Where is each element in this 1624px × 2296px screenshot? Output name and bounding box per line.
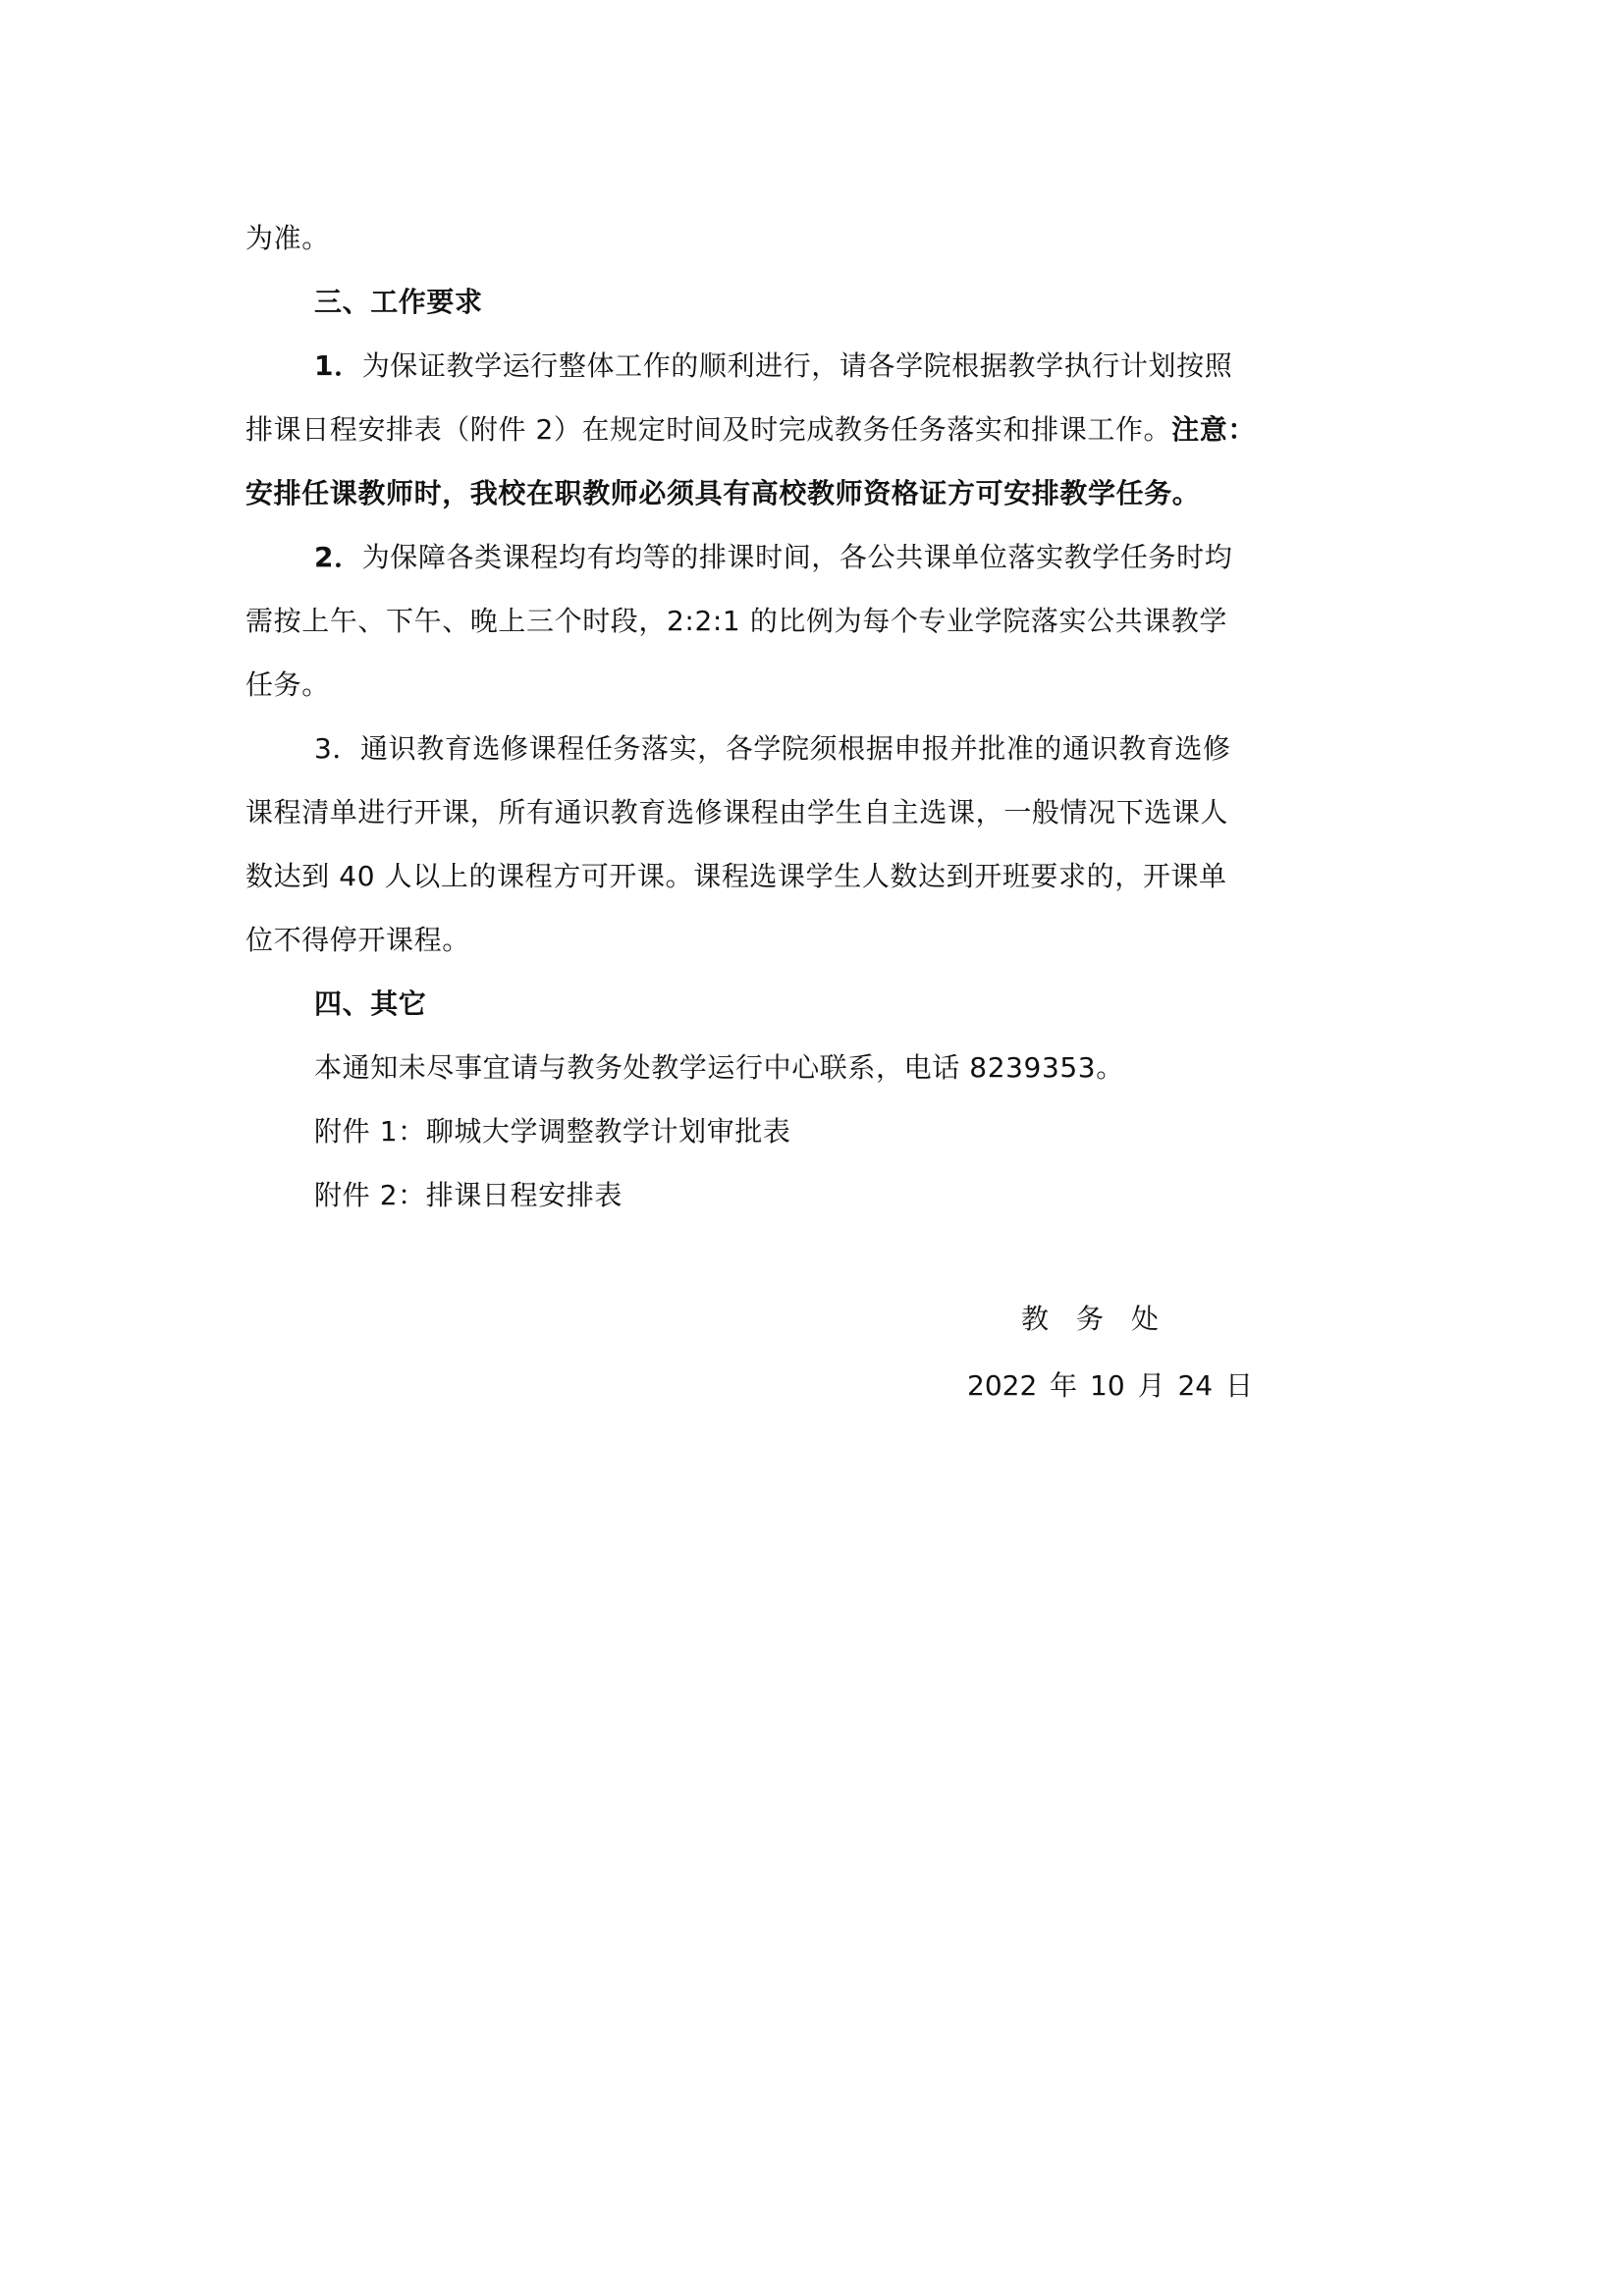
item-text: 排课日程安排表（附件 2）在规定时间及时完成教务任务落实和排课工作。 (245, 413, 1171, 446)
contact-info: 本通知未尽事宜请与教务处教学运行中心联系，电话 8239353。 (245, 1036, 1384, 1099)
item-text: 数达到 40 人以上的课程方可开课。课程选课学生人数达到开班要求的，开课单 (245, 844, 1384, 908)
item-number: 1． (314, 349, 362, 382)
requirement-item-3: 3．通识教育选修课程任务落实，各学院须根据申报并批准的通识教育选修 课程清单进行… (245, 717, 1384, 972)
item-number: 3． (314, 732, 360, 765)
notice-label: 注意： (1171, 413, 1256, 446)
requirement-item-1: 1．为保证教学运行整体工作的顺利进行，请各学院根据教学执行计划按照 排课日程安排… (245, 334, 1384, 525)
item-number: 2． (314, 541, 362, 573)
item-text: 位不得停开课程。 (245, 908, 1384, 972)
item-text: 任务。 (245, 653, 1384, 717)
item-text: 通识教育选修课程任务落实，各学院须根据申报并批准的通识教育选修 (360, 732, 1231, 765)
item-text: 为保障各类课程均有均等的排课时间，各公共课单位落实教学任务时均 (362, 541, 1233, 573)
attachment-1: 附件 1：聊城大学调整教学计划审批表 (245, 1099, 1384, 1163)
item-text: 需按上午、下午、晚上三个时段，2:2:1 的比例为每个专业学院落实公共课教学 (245, 589, 1384, 653)
item-text: 课程清单进行开课，所有通识教育选修课程由学生自主选课，一般情况下选课人 (245, 780, 1384, 844)
requirement-item-2: 2．为保障各类课程均有均等的排课时间，各公共课单位落实教学任务时均 需按上午、下… (245, 525, 1384, 717)
section-3-heading: 三、工作要求 (245, 270, 1384, 334)
signature-date: 2022 年 10 月 24 日 (967, 1364, 1253, 1404)
section-4-heading: 四、其它 (245, 972, 1384, 1036)
continuation-text: 为准。 (245, 206, 1384, 270)
item-text: 为保证教学运行整体工作的顺利进行，请各学院根据教学执行计划按照 (362, 349, 1233, 382)
signature-org: 教务处 (1021, 1298, 1186, 1337)
document-body: 为准。 三、工作要求 1．为保证教学运行整体工作的顺利进行，请各学院根据教学执行… (245, 206, 1384, 1227)
attachment-2: 附件 2：排课日程安排表 (245, 1163, 1384, 1227)
notice-text: 安排任课教师时，我校在职教师必须具有高校教师资格证方可安排教学任务。 (245, 461, 1384, 525)
